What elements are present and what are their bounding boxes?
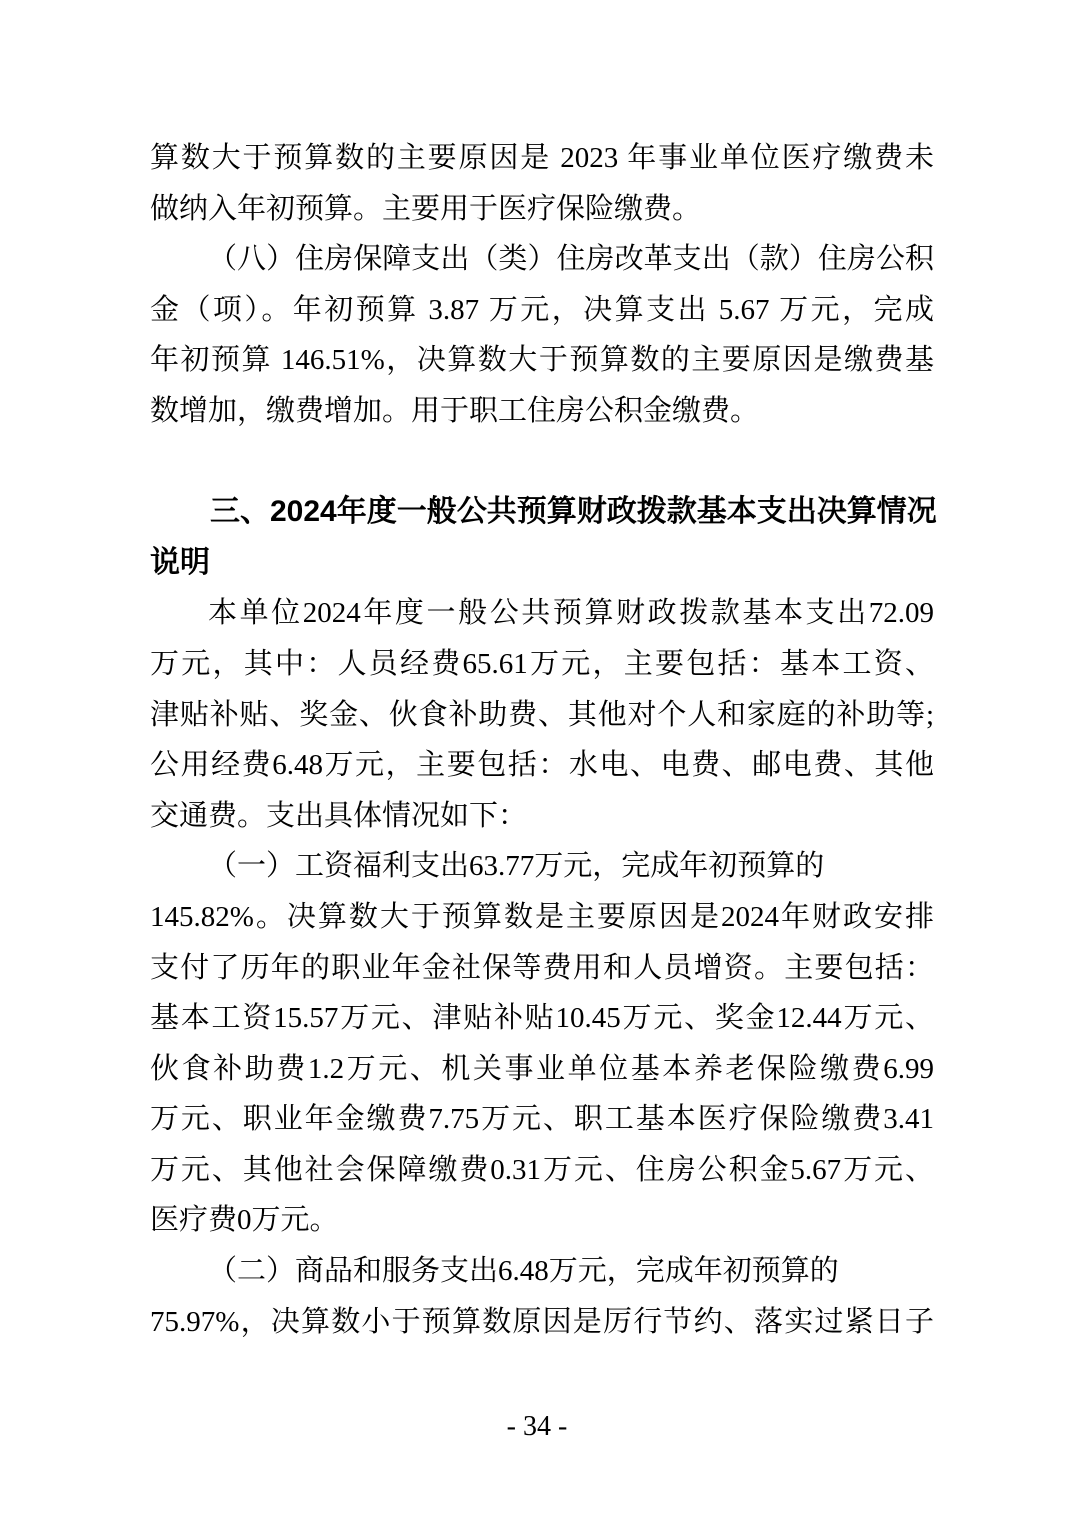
body-line: 伙食补助费1.2万元、机关事业单位基本养老保险缴费6.99 [150, 1044, 934, 1095]
body-line: 交通费。支出具体情况如下： [150, 791, 934, 842]
body-line: 万元，其中：人员经费65.61万元，主要包括：基本工资、 [150, 639, 934, 690]
page-number: - 34 - [0, 1404, 1074, 1450]
body-line: 金（项）。年初预算 3.87 万元，决算支出 5.67 万元，完成 [150, 285, 934, 336]
body-line: 本单位2024年度一般公共预算财政拨款基本支出72.09 [150, 588, 934, 639]
body-line: 年初预算 146.51%，决算数大于预算数的主要原因是缴费基 [150, 335, 934, 386]
blank-line [150, 437, 934, 488]
body-line: 基本工资15.57万元、津贴补贴10.45万元、奖金12.44万元、 [150, 993, 934, 1044]
body-line: 145.82%。决算数大于预算数是主要原因是2024年财政安排 [150, 892, 934, 943]
body-line: 75.97%，决算数小于预算数原因是厉行节约、落实过紧日子 [150, 1297, 934, 1348]
body-line: （一）工资福利支出63.77万元，完成年初预算的 [150, 841, 934, 892]
body-line: 数增加，缴费增加。用于职工住房公积金缴费。 [150, 386, 934, 437]
body-line: 津贴补贴、奖金、伙食补助费、其他对个人和家庭的补助等; [150, 690, 934, 741]
body-line: 万元、职业年金缴费7.75万元、职工基本医疗保险缴费3.41 [150, 1094, 934, 1145]
section-heading-line-1: 三、2024年度一般公共预算财政拨款基本支出决算情况 [150, 487, 934, 538]
body-line: 医疗费0万元。 [150, 1195, 934, 1246]
body-line: 支付了历年的职业年金社保等费用和人员增资。主要包括： [150, 943, 934, 994]
body-line: 算数大于预算数的主要原因是 2023 年事业单位医疗缴费未 [150, 133, 934, 184]
body-line: 公用经费6.48万元，主要包括：水电、电费、邮电费、其他 [150, 740, 934, 791]
body-line: （八）住房保障支出（类）住房改革支出（款）住房公积 [150, 234, 934, 285]
body-line: （二）商品和服务支出6.48万元，完成年初预算的 [150, 1246, 934, 1297]
document-body: 算数大于预算数的主要原因是 2023 年事业单位医疗缴费未 做纳入年初预算。主要… [150, 133, 934, 1347]
body-line: 万元、其他社会保障缴费0.31万元、住房公积金5.67万元、 [150, 1145, 934, 1196]
body-line: 做纳入年初预算。主要用于医疗保险缴费。 [150, 184, 934, 235]
document-page: 算数大于预算数的主要原因是 2023 年事业单位医疗缴费未 做纳入年初预算。主要… [0, 0, 1074, 1520]
section-heading-line-2: 说明 [150, 538, 934, 589]
